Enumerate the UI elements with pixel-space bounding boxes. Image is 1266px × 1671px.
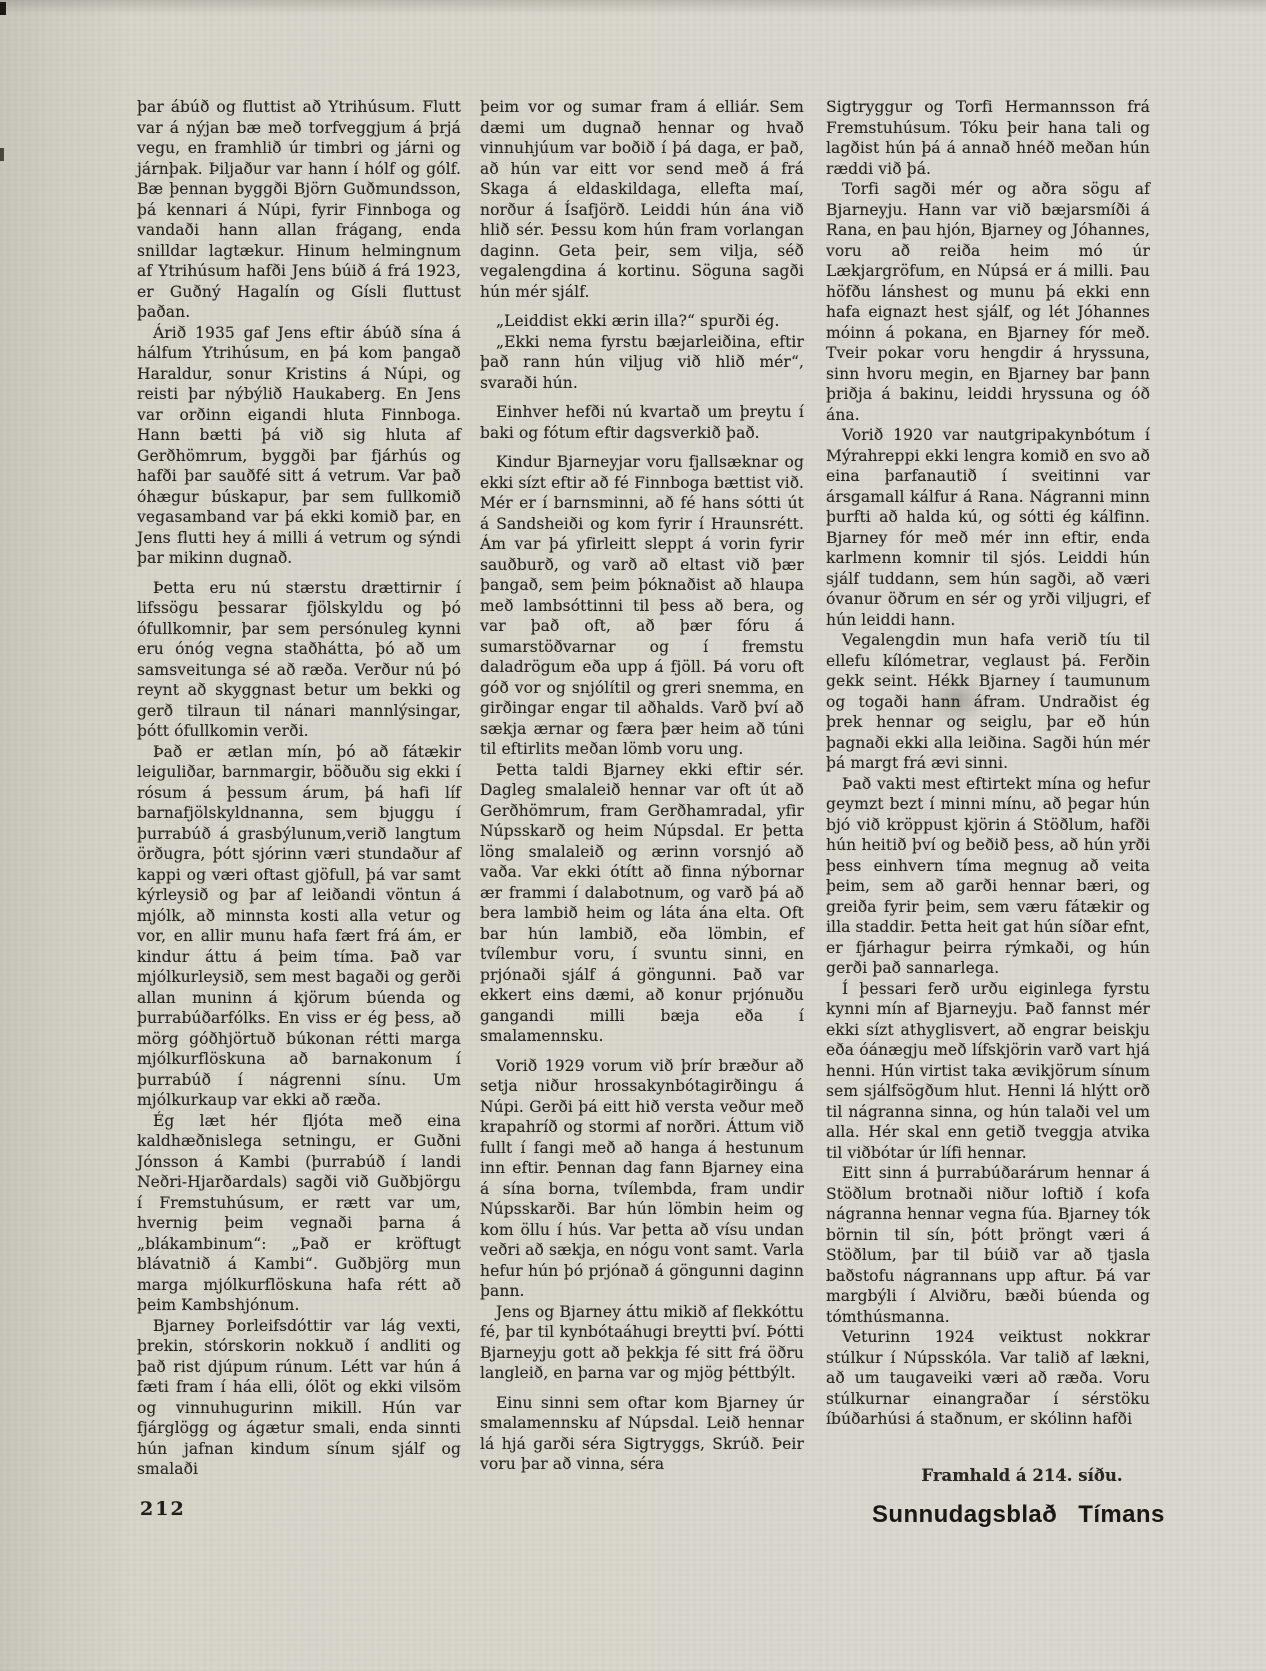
paragraph: „Ekki nema fyrstu bæjarleiðina, eftir þa… (480, 332, 804, 394)
paragraph: Vorið 1920 var nautgripakynbótum í Mýrah… (826, 425, 1150, 630)
paragraph: Bjarney Þorleifsdóttir var lág vexti, þr… (137, 1316, 461, 1480)
continuation-notice: Framhald á 214. síðu. (860, 1466, 1184, 1485)
page-number: 212 (140, 1498, 186, 1520)
text-column-3: Sigtryggur og Torfi Hermannsson frá Frem… (826, 97, 1150, 1430)
scan-artifact-top-left (0, 2, 6, 15)
paragraph: Kindur Bjarneyjar voru fjallsæknar og ek… (480, 452, 804, 760)
paragraph: Vegalengdin mun hafa verið tíu til ellef… (826, 630, 1150, 774)
paragraph: Ég læt hér fljóta með eina kaldhæðnisleg… (137, 1111, 461, 1316)
paragraph: Jens og Bjarney áttu mikið af flekkóttu … (480, 1302, 804, 1384)
paragraph: „Leiddist ekki ærin illa?“ spurði ég. (480, 311, 804, 332)
paragraph: Það er ætlan mín, þó að fátækir leigulið… (137, 742, 461, 1111)
paragraph: Í þessari ferð urðu eiginlega fyrstu kyn… (826, 979, 1150, 1164)
paragraph: Eitt sinn á þurrabúðarárum hennar á Stöð… (826, 1163, 1150, 1327)
scan-artifact-left-edge (0, 148, 4, 161)
paragraph: Einhver hefði nú kvartað um þreytu í bak… (480, 402, 804, 443)
scanned-magazine-page: þar ábúð og fluttist að Ytrihúsum. Flutt… (0, 0, 1266, 1671)
text-column-1: þar ábúð og fluttist að Ytrihúsum. Flutt… (137, 97, 461, 1480)
text-column-2: þeim vor og sumar fram á elliár. Sem dæm… (480, 97, 804, 1475)
paragraph: Þetta taldi Bjarney ekki eftir sér. Dagl… (480, 760, 804, 1047)
paragraph: Vorið 1929 vorum við þrír bræður að setj… (480, 1056, 804, 1302)
publication-title: Sunnudagsblað Tímans (872, 1501, 1165, 1529)
paragraph: þar ábúð og fluttist að Ytrihúsum. Flutt… (137, 97, 461, 323)
paragraph: Þetta eru nú stærstu drættirnir í lifssö… (137, 578, 461, 742)
paragraph: Það vakti mest eftirtekt mína og hefur g… (826, 774, 1150, 979)
paragraph: Sigtryggur og Torfi Hermannsson frá Frem… (826, 97, 1150, 179)
paragraph: Veturinn 1924 veiktust nokkrar stúlkur í… (826, 1327, 1150, 1430)
paragraph: þeim vor og sumar fram á elliár. Sem dæm… (480, 97, 804, 302)
paragraph: Torfi sagði mér og aðra sögu af Bjarneyj… (826, 179, 1150, 425)
paragraph: Árið 1935 gaf Jens eftir ábúð sína á hál… (137, 323, 461, 569)
paragraph: Einu sinni sem oftar kom Bjarney úr smal… (480, 1393, 804, 1475)
